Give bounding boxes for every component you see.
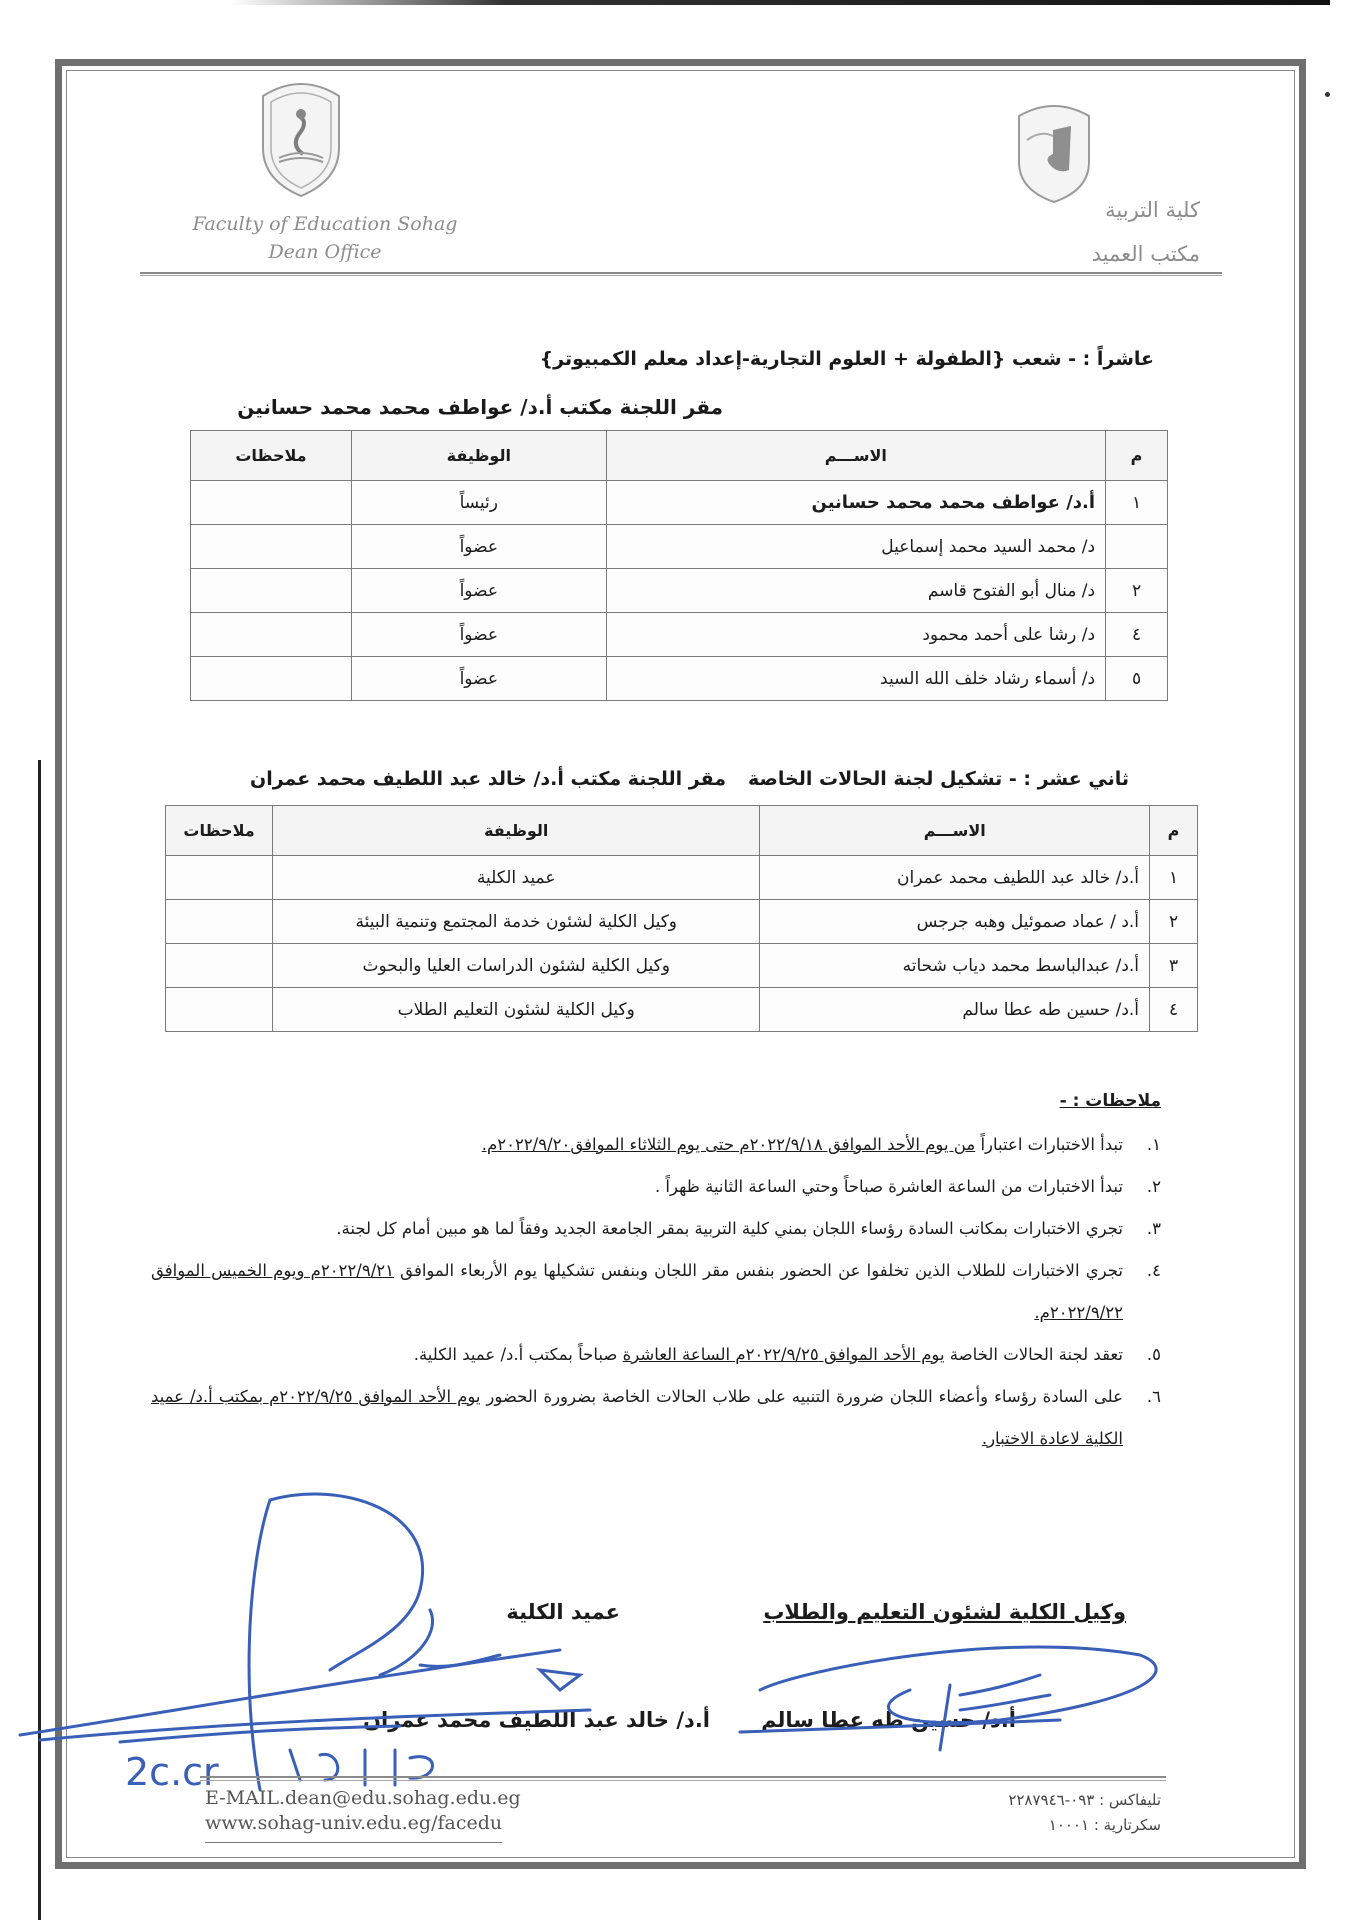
note-item: ٣. تجري الاختبارات بمكاتب السادة رؤساء ا… (151, 1208, 1161, 1250)
table-row: د/ محمد السيد محمد إسماعيل عضواً (191, 525, 1168, 569)
column-header-number: م (1106, 431, 1168, 481)
row-number: ٤ (1106, 613, 1168, 657)
member-notes (191, 613, 352, 657)
column-header-number: م (1150, 806, 1198, 856)
member-role: عميد الكلية (273, 856, 760, 900)
member-notes (191, 657, 352, 701)
member-role: عضواً (351, 569, 606, 613)
table-row: ٤ أ.د/ حسين طه عطا سالم وكيل الكلية لشئو… (166, 988, 1198, 1032)
member-name: أ.د / عماد صموئيل وهبه جرجس (760, 900, 1150, 944)
member-role: وكيل الكلية لشئون الدراسات العليا والبحو… (273, 944, 760, 988)
member-name: أ.د/ خالد عبد اللطيف محمد عمران (760, 856, 1150, 900)
footer-secretary: سكرتارية : ١٠٠٠١ (1008, 1813, 1161, 1838)
column-header-role: الوظيفة (273, 806, 760, 856)
member-notes (191, 569, 352, 613)
note-item: ٤. تجري الاختبارات للطلاب الذين تخلفوا ع… (151, 1250, 1161, 1334)
vice-dean-name: أ.د/ حسين طه عطا سالم (761, 1708, 1016, 1732)
table-header-row: م الاســـم الوظيفة ملاحظات (166, 806, 1198, 856)
footer-telefax: تليفاكس : ٠٩٣-٢٢٨٧٩٤٦ (1008, 1788, 1161, 1813)
column-header-role: الوظيفة (351, 431, 606, 481)
committee-table-section-10: م الاســـم الوظيفة ملاحظات ١ أ.د/ عواطف … (190, 430, 1168, 701)
note-number: ٣. (1147, 1208, 1161, 1250)
office-name-arabic: مكتب العميد (1092, 232, 1200, 276)
dean-name: أ.د/ خالد عبد اللطيف محمد عمران (363, 1708, 710, 1732)
column-header-notes: ملاحظات (191, 431, 352, 481)
member-name: د/ منال أبو الفتوح قاسم (606, 569, 1105, 613)
table-header-row: م الاســـم الوظيفة ملاحظات (191, 431, 1168, 481)
column-header-notes: ملاحظات (166, 806, 273, 856)
scan-edge-top (230, 0, 1330, 5)
scan-speck (1325, 92, 1330, 97)
note-item: ١. تبدأ الاختبارات اعتباراً من يوم الأحد… (151, 1124, 1161, 1166)
member-role: عضواً (351, 613, 606, 657)
row-number: ١ (1106, 481, 1168, 525)
note-number: ٥. (1147, 1334, 1161, 1376)
note-number: ٤. (1147, 1250, 1161, 1292)
section-10-location: مقر اللجنة مكتب أ.د/ عواطف محمد محمد حسا… (237, 395, 723, 419)
member-role: عضواً (351, 657, 606, 701)
faculty-name-arabic: كلية التربية (1092, 188, 1200, 232)
faculty-crest-logo (1013, 100, 1095, 204)
member-name: د/ محمد السيد محمد إسماعيل (606, 525, 1105, 569)
member-role: وكيل الكلية لشئون التعليم الطلاب (273, 988, 760, 1032)
footer-contact-english: E-MAIL.dean@edu.sohag.edu.eg www.sohag-u… (205, 1786, 521, 1843)
member-notes (166, 988, 273, 1032)
notes-section: ملاحظات : - ١. تبدأ الاختبارات اعتباراً … (151, 1080, 1161, 1460)
member-notes (166, 944, 273, 988)
member-role: رئيساً (351, 481, 606, 525)
note-number: ٦. (1147, 1376, 1161, 1418)
footer-contact-arabic: تليفاكس : ٠٩٣-٢٢٨٧٩٤٦ سكرتارية : ١٠٠٠١ (1008, 1788, 1161, 1838)
section-12-location: مقر اللجنة مكتب أ.د/ خالد عبد اللطيف محم… (250, 768, 726, 790)
table-row: ١ أ.د/ عواطف محمد محمد حسانين رئيساً (191, 481, 1168, 525)
section-10-heading: عاشراً : - شعب {الطفولة + العلوم التجاري… (540, 348, 1154, 370)
footer-divider (200, 1776, 1166, 1781)
table-row: ٣ أ.د/ عبدالباسط محمد دياب شحاته وكيل ال… (166, 944, 1198, 988)
row-number: ٥ (1106, 657, 1168, 701)
member-role: وكيل الكلية لشئون خدمة المجتمع وتنمية ال… (273, 900, 760, 944)
column-header-name: الاســـم (760, 806, 1150, 856)
table-row: ٢ د/ منال أبو الفتوح قاسم عضواً (191, 569, 1168, 613)
row-number: ٢ (1106, 569, 1168, 613)
footer-email: E-MAIL.dean@edu.sohag.edu.eg (205, 1786, 521, 1811)
row-number: ١ (1150, 856, 1198, 900)
note-item: ٥. تعقد لجنة الحالات الخاصة يوم الأحد ال… (151, 1334, 1161, 1376)
member-name: د/ أسماء رشاد خلف الله السيد (606, 657, 1105, 701)
note-item: ٢. تبدأ الاختبارات من الساعة العاشرة صبا… (151, 1166, 1161, 1208)
scan-edge-left (38, 760, 41, 1920)
row-number: ٤ (1150, 988, 1198, 1032)
letterhead: Faculty of Education Sohag Dean Office ك… (115, 70, 1240, 280)
member-name: أ.د/ عواطف محمد محمد حسانين (606, 481, 1105, 525)
column-header-name: الاســـم (606, 431, 1105, 481)
dean-title: عميد الكلية (506, 1600, 620, 1624)
vice-dean-title: وكيل الكلية لشئون التعليم والطلاب (763, 1600, 1126, 1624)
section-12-heading: ثاني عشر : - تشكيل لجنة الحالات الخاصةمق… (250, 768, 1129, 790)
member-name: أ.د/ عبدالباسط محمد دياب شحاته (760, 944, 1150, 988)
table-row: ٤ د/ رشا على أحمد محمود عضواً (191, 613, 1168, 657)
note-number: ٢. (1147, 1166, 1161, 1208)
notes-title: ملاحظات : - (151, 1080, 1161, 1122)
member-name: أ.د/ حسين طه عطا سالم (760, 988, 1150, 1032)
table-row: ١ أ.د/ خالد عبد اللطيف محمد عمران عميد ا… (166, 856, 1198, 900)
note-number: ١. (1147, 1124, 1161, 1166)
member-name: د/ رشا على أحمد محمود (606, 613, 1105, 657)
table-row: ٥ د/ أسماء رشاد خلف الله السيد عضواً (191, 657, 1168, 701)
office-name-english: Dean Office (155, 238, 495, 266)
row-number (1106, 525, 1168, 569)
letterhead-divider (140, 272, 1222, 276)
member-notes (191, 481, 352, 525)
table-row: ٢ أ.د / عماد صموئيل وهبه جرجس وكيل الكلي… (166, 900, 1198, 944)
section-12-title: ثاني عشر : - تشكيل لجنة الحالات الخاصة (748, 768, 1129, 790)
faculty-name-english: Faculty of Education Sohag (155, 210, 495, 238)
member-notes (166, 856, 273, 900)
letterhead-english: Faculty of Education Sohag Dean Office (155, 210, 495, 266)
row-number: ٣ (1150, 944, 1198, 988)
note-item: ٦. على السادة رؤساء وأعضاء اللجان ضرورة … (151, 1376, 1161, 1460)
university-crest-logo (255, 78, 347, 198)
member-notes (166, 900, 273, 944)
letterhead-arabic: كلية التربية مكتب العميد (1092, 188, 1200, 276)
row-number: ٢ (1150, 900, 1198, 944)
special-cases-committee-table: م الاســـم الوظيفة ملاحظات ١ أ.د/ خالد ع… (165, 805, 1198, 1032)
member-role: عضواً (351, 525, 606, 569)
footer-website: www.sohag-univ.edu.eg/facedu (205, 1811, 502, 1843)
member-notes (191, 525, 352, 569)
